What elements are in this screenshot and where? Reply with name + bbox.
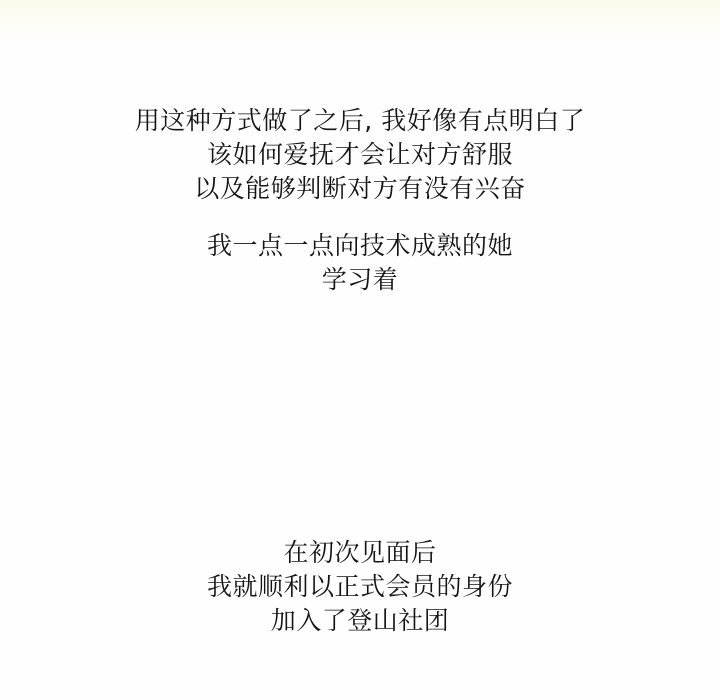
caption-line: 用这种方式做了之后, 我好像有点明白了 [0, 104, 720, 138]
caption-block-2: 我一点一点向技术成熟的她 学习着 [0, 229, 720, 297]
caption-block-3: 在初次见面后 我就顺利以正式会员的身份 加入了登山社团 [0, 536, 720, 638]
caption-line: 以及能够判断对方有没有兴奋 [0, 172, 720, 206]
caption-line: 加入了登山社团 [0, 604, 720, 638]
caption-line: 我一点一点向技术成熟的她 [0, 229, 720, 263]
top-gradient [0, 0, 720, 45]
caption-line: 学习着 [0, 263, 720, 297]
caption-line: 我就顺利以正式会员的身份 [0, 570, 720, 604]
caption-line: 该如何爱抚才会让对方舒服 [0, 138, 720, 172]
caption-line: 在初次见面后 [0, 536, 720, 570]
caption-block-1: 用这种方式做了之后, 我好像有点明白了 该如何爱抚才会让对方舒服 以及能够判断对… [0, 104, 720, 206]
